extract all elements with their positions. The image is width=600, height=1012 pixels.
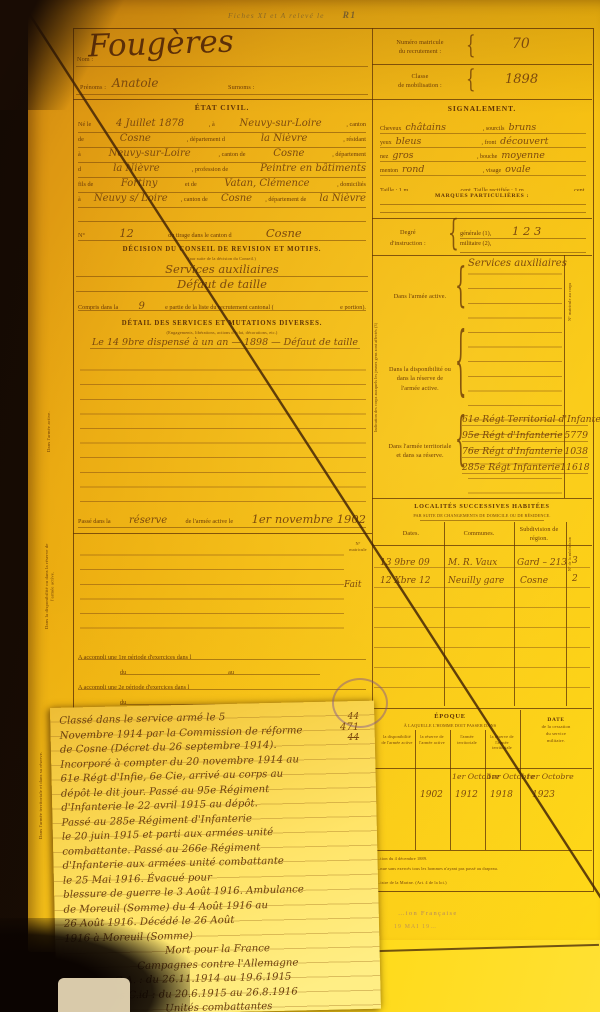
note-side-numbers: 44 471 44 [340, 712, 359, 743]
note-text: Classé dans le service armé le 5Novembre… [59, 708, 372, 1012]
book-edge-highlight [58, 978, 130, 1012]
pasted-service-note: Classé dans le service armé le 5Novembre… [50, 701, 381, 1012]
photographed-military-register-page: Fiches XI et A relevé le R1 Fougères Nom… [0, 0, 600, 1012]
